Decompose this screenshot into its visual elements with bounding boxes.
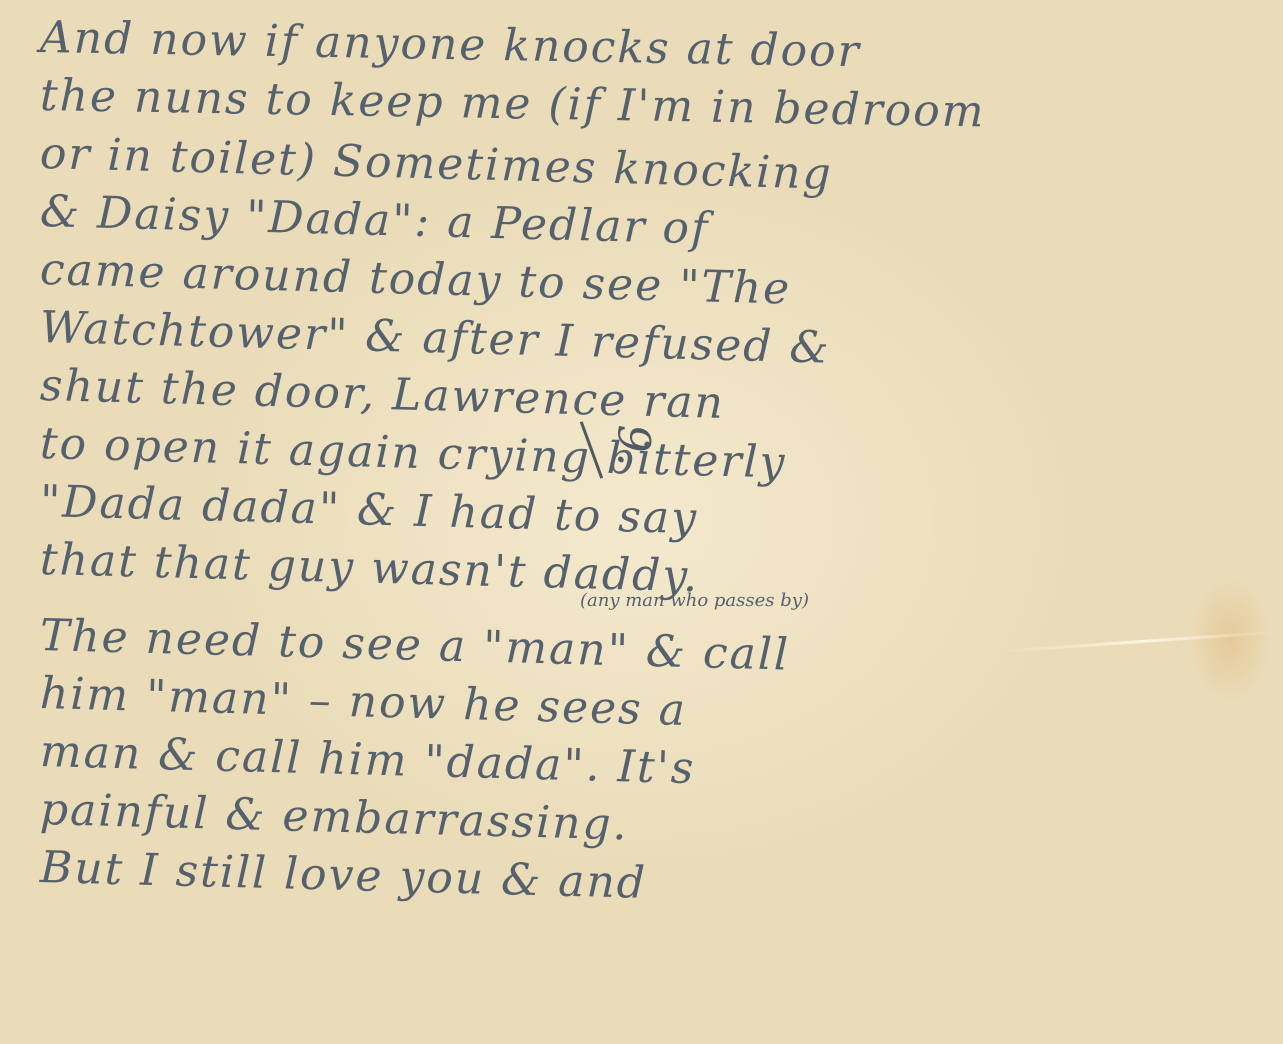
letter-line: shut the door, Lawrence ran <box>39 360 725 429</box>
letter-page: 9. And now if anyone knocks at door the … <box>0 0 1283 1044</box>
letter-line: painful & embarrassing. <box>39 784 629 850</box>
letter-body: And now if anyone knocks at door the nun… <box>40 0 1260 1044</box>
letter-line: him "man" – now he sees a <box>39 668 687 736</box>
interlinear-note: (any man who passes by) <box>580 590 809 611</box>
letter-line: But I still love you & and <box>39 842 647 909</box>
letter-line: And now if anyone knocks at door <box>40 12 862 77</box>
letter-line: & Daisy "Dada": a Pedlar of <box>39 186 710 255</box>
letter-line: "Dada dada" & I had to say <box>39 476 698 544</box>
letter-line: the nuns to keep me (if I'm in bedroom <box>40 70 986 137</box>
letter-line: man & call him "dada". It's <box>39 726 696 794</box>
